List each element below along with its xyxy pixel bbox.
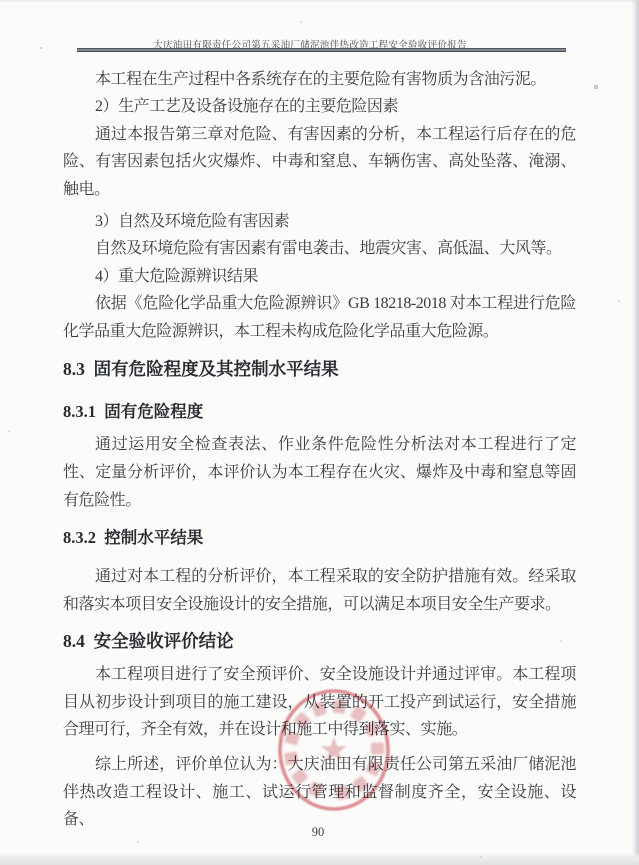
- paragraph-control-level: 通过对本工程的分析评价，本工程采取的安全防护措施有效。经采取和落实本项目安全设施…: [63, 563, 576, 618]
- scan-edge-right: [632, 0, 639, 865]
- company-seal-stamp: [276, 688, 392, 814]
- paragraph-item3-heading: 3）自然及环境危险有害因素: [63, 208, 576, 235]
- scan-edge-bottom: [0, 852, 639, 865]
- section-heading-8-3-1: 8.3.1 固有危险程度: [63, 398, 576, 422]
- body-text-block: 本工程在生产过程中各系统存在的主要危险有害物质为含油污泥。 2）生产工艺及设备设…: [63, 66, 576, 345]
- section-heading-8-3: 8.3 固有危险程度及其控制水平结果: [63, 356, 576, 381]
- section-heading-8-4: 8.4 安全验收评价结论: [63, 628, 576, 653]
- scan-noise-speckles: [0, 0, 2, 2]
- paragraph-item2-body: 通过本报告第三章对危险、有害因素的分析，本工程运行后存在的危险、有害因素包括火灾…: [63, 121, 576, 203]
- page-number: 90: [0, 825, 636, 840]
- paragraph-item2-heading: 2）生产工艺及设备设施存在的主要危险因素: [63, 93, 576, 120]
- paragraph-hazard-substance: 本工程在生产过程中各系统存在的主要危险有害物质为含油污泥。: [63, 66, 576, 93]
- header-rule: [77, 48, 566, 52]
- paragraph-item4-body: 依据《危险化学品重大危险源辨识》GB 18218-2018 对本工程进行危险化学…: [63, 290, 576, 345]
- paragraph-item4-heading: 4）重大危险源辨识结果: [63, 263, 576, 290]
- paragraph-item3-body: 自然及环境危险有害因素有雷电袭击、地震灾害、高低温、大风等。: [63, 235, 576, 262]
- paragraph-inherent-risk: 通过运用安全检查表法、作业条件危险性分析法对本工程进行了定性、定量分析评价，本评…: [63, 431, 576, 515]
- star-icon: [321, 737, 347, 761]
- section-heading-8-3-2: 8.3.2 控制水平结果: [63, 524, 576, 548]
- scanned-report-page: 大庆油田有限责任公司第五采油厂储泥池伴热改造工程安全验收评价报告 本工程在生产过…: [0, 0, 639, 865]
- scan-edge-top: [0, 0, 639, 2]
